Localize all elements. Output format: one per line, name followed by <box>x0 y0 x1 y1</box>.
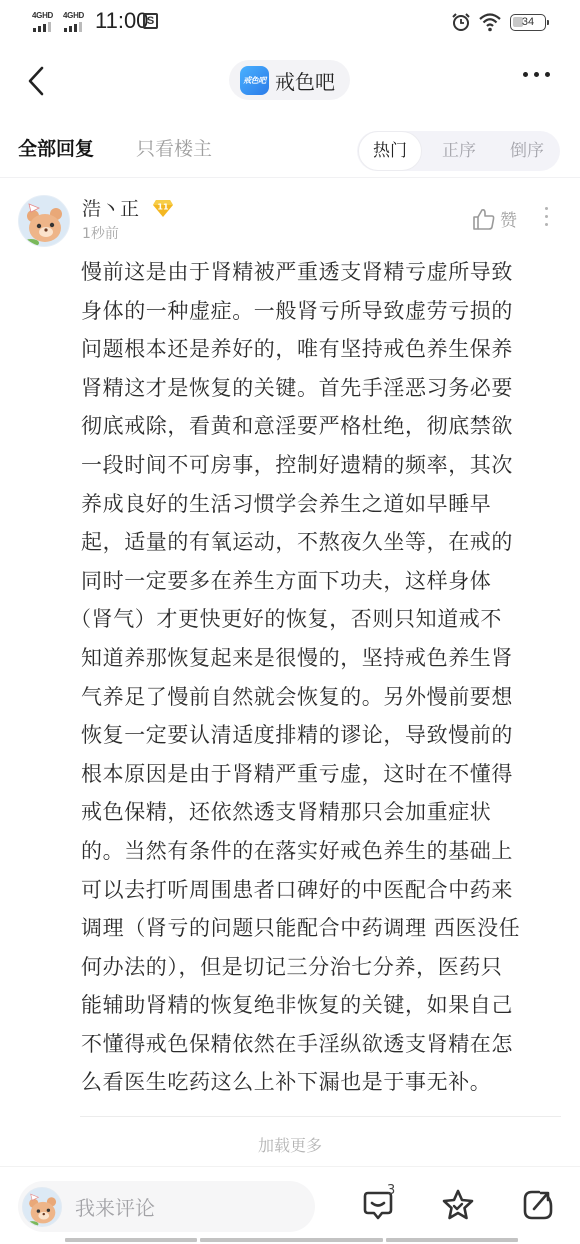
post-line: （肾气）才更快更好的恢复，否则只知道戒不 <box>70 600 567 639</box>
username[interactable]: 浩丶正 <box>82 194 139 221</box>
post-line: 调理（肾亏的问题只能配合中药调理 西医没任 <box>81 909 567 948</box>
more-vertical-icon[interactable] <box>545 207 548 226</box>
load-more-button[interactable]: 加载更多 <box>0 1133 580 1156</box>
nav-gesture-bar <box>200 1238 383 1242</box>
post-line: 戒色保精，还依然透支肾精那只会加重症状 <box>81 793 567 832</box>
battery-icon: 34 <box>510 14 546 31</box>
post-line: 么看医生吃药这么上补下漏也是于事无补。 <box>81 1063 567 1102</box>
bear-avatar-icon <box>19 196 70 247</box>
more-horizontal-icon[interactable] <box>523 72 550 77</box>
post-line: 一段时间不可房事，控制好遗精的频率，其次 <box>81 446 567 485</box>
status-bar: 4GHD 4GHD 11:00 S 34 <box>0 0 580 46</box>
alarm-icon <box>451 12 471 32</box>
sort-descending-button[interactable]: 倒序 <box>503 131 551 171</box>
post-content: 慢前这是由于肾精被严重透支肾精亏虚所导致 身体的一种虚症。一般肾亏所导致虚劳亏损… <box>81 253 567 1102</box>
avatar[interactable] <box>18 195 70 247</box>
network-type-label: 4GHD <box>63 11 84 20</box>
like-label: 赞 <box>500 206 517 231</box>
post-line: 可以去打听周围患者口碑好的中医配合中药来 <box>81 871 567 910</box>
post-line: 同时一定要多在养生方面下功夫，这样身体 <box>81 562 567 601</box>
forum-logo: 戒色吧 <box>240 66 269 95</box>
filter-bar: 全部回复 只看楼主 热门 正序 倒序 <box>0 122 580 178</box>
tab-all-replies[interactable]: 全部回复 <box>18 134 94 161</box>
post-line: 气养足了慢前自然就会恢复的。另外慢前要想 <box>81 678 567 717</box>
post-line: 知道养那恢复起来是很慢的，坚持戒色养生肾 <box>81 639 567 678</box>
post-line: 何办法的），但是切记三分治七分养，医药只 <box>81 948 567 987</box>
sort-hot-button[interactable]: 热门 <box>358 131 422 171</box>
cellular-signal-1-icon: 4GHD <box>32 11 56 33</box>
clock: 11:00 <box>95 8 148 34</box>
share-icon[interactable] <box>520 1187 556 1223</box>
cellular-signal-2-icon: 4GHD <box>63 11 87 33</box>
thumbs-up-icon <box>472 207 496 231</box>
post-line: 不懂得戒色保精依然在手淫纵欲透支肾精在怎 <box>81 1025 567 1064</box>
screenshot-indicator-icon: S <box>143 13 158 29</box>
battery-level: 34 <box>511 15 545 29</box>
comment-placeholder: 我来评论 <box>75 1192 155 1221</box>
tab-op-only[interactable]: 只看楼主 <box>136 134 212 161</box>
nav-bar: 戒色吧 戒色吧 <box>0 52 580 110</box>
post-line: 起，适量的有氧运动，不熬夜久坐等，在戒的 <box>81 523 567 562</box>
comment-count: 3 <box>387 1183 395 1198</box>
nav-gesture-bar <box>386 1238 518 1242</box>
post-line: 养成良好的生活习惯学会养生之道如早睡早 <box>81 485 567 524</box>
post-header: 浩丶正 11 1秒前 赞 <box>0 190 580 250</box>
post-line: 的。当然有条件的在落实好戒色养生的基础上 <box>81 832 567 871</box>
post-line: 问题根本还是养好的，唯有坚持戒色养生保养 <box>81 330 567 369</box>
post-line: 能辅助肾精的恢复绝非恢复的关键，如果自己 <box>81 986 567 1025</box>
sort-segmented-control: 热门 正序 倒序 <box>357 131 560 171</box>
comment-input[interactable]: 我来评论 <box>18 1181 315 1232</box>
like-button[interactable]: 赞 <box>472 206 517 231</box>
wifi-icon <box>478 12 502 32</box>
post-line: 根本原因是由于肾精严重亏虚，这时在不懂得 <box>81 755 567 794</box>
level-badge-icon: 11 <box>152 198 174 218</box>
svg-text:11: 11 <box>157 203 169 212</box>
post-line: 恢复一定要认清适度排精的谬论，导致慢前的 <box>81 716 567 755</box>
post-line: 肾精这才是恢复的关键。首先手淫恶习务必要 <box>81 369 567 408</box>
post-line: 彻底戒除，看黄和意淫要严格杜绝，彻底禁欲 <box>81 407 567 446</box>
network-type-label: 4GHD <box>32 11 53 20</box>
bear-avatar-icon <box>23 1188 62 1227</box>
post-line: 身体的一种虚症。一般肾亏所导致虚劳亏损的 <box>81 292 567 331</box>
bottom-action-bar: 我来评论 3 <box>0 1166 580 1244</box>
forum-link-button[interactable]: 戒色吧 戒色吧 <box>229 60 350 100</box>
star-icon[interactable] <box>440 1187 476 1223</box>
post-timestamp: 1秒前 <box>82 223 119 243</box>
divider <box>80 1116 561 1117</box>
nav-gesture-bar <box>65 1238 197 1242</box>
post-line: 慢前这是由于肾精被严重透支肾精亏虚所导致 <box>81 253 567 292</box>
forum-name: 戒色吧 <box>275 66 335 95</box>
avatar <box>22 1187 62 1227</box>
chevron-left-icon[interactable] <box>22 64 52 98</box>
sort-ascending-button[interactable]: 正序 <box>435 131 483 171</box>
